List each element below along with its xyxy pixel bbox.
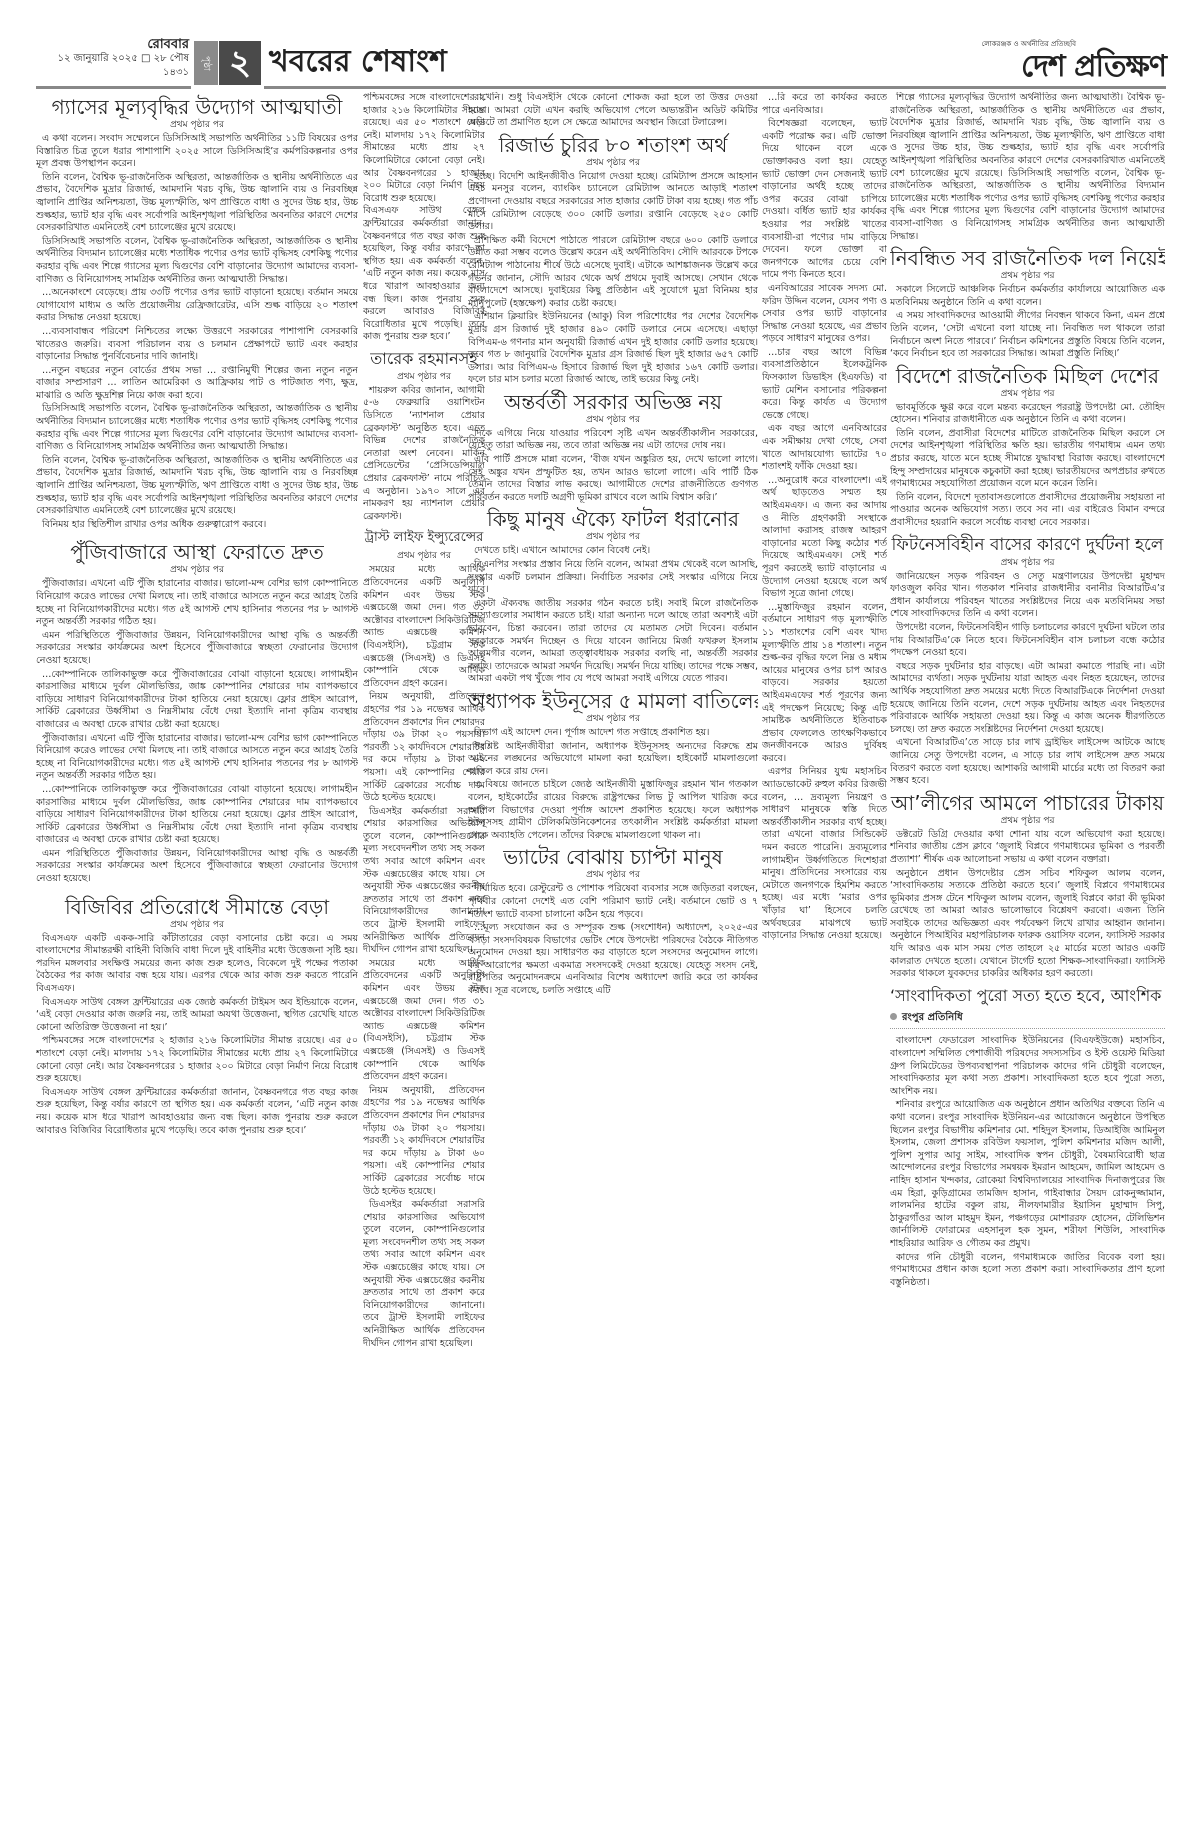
paragraph: তিনি বলেন, বিদেশে দূতাবাসগুলোতে প্রবাসীদ… <box>890 492 1165 530</box>
article-political-rally-abroad: বিদেশে রাজনৈতিক মিছিল দেশের প্রথম পৃষ্ঠা… <box>890 363 1165 530</box>
paragraph: বিএসএফ সাউথ বেঙ্গল ফ্রন্টিয়ারের এক জ্যে… <box>36 997 358 1035</box>
headline: রিজার্ভ চুরির ৮০ শতাংশ অর্থ <box>468 132 758 158</box>
issue-date-block: রোববার ১২ জানুয়ারি ২০২৫ □ ২৮ পৌষ ১৪৩১ <box>36 38 189 80</box>
section-title: খবরের শেষাংশ <box>269 42 447 82</box>
dotted-divider <box>890 1028 1165 1029</box>
byline: রংপুর প্রতিনিধি <box>890 1012 1165 1025</box>
article-interim-govt: অন্তর্বর্তী সরকার অভিজ্ঞ নয় প্রথম পৃষ্ঠ… <box>468 389 758 505</box>
paragraph: দিকে এগিয়ে নিয়ে যাওয়ার পরিবেশ সৃষ্টি … <box>468 428 758 453</box>
masthead-rule-right <box>264 86 1166 89</box>
paragraph: …অনেকাংশে বেড়েছে। প্রায় ৩৩টি পণ্যের ওপ… <box>36 287 358 325</box>
paragraph: সময়ের মধ্যে আর্থিক প্রতিবেদনের একটি অনু… <box>363 958 485 1084</box>
continued-label: প্রথম পৃষ্ঠার পর <box>468 158 758 169</box>
continued-label: প্রথম পৃষ্ঠার পর <box>363 551 485 562</box>
paragraph: …অনুরোধ করে বাংলাদেশ। এই অর্থ ছাড়তেও সম… <box>762 475 887 601</box>
continued-label: প্রথম পৃষ্ঠার পর <box>468 532 758 543</box>
paragraph: এক বছর আগে এনবিআরের এক সমীক্ষায় দেখা গে… <box>762 423 887 473</box>
page-number: ২ <box>219 41 261 85</box>
paragraph: …মূল্য সংযোজন কর ও সম্পূরক শুল্ক (সংশোধন… <box>468 922 758 998</box>
masthead: রোববার ১২ জানুয়ারি ২০২৫ □ ২৮ পৌষ ১৪৩১ প… <box>36 38 1166 90</box>
headline: ফিটনেসবিহীন বাসের কারণে দুর্ঘটনা হলে <box>890 532 1165 558</box>
article-reserve-theft: রাখেনি। শুধু বিএসইসি থেকে কোনো শোকজ করা … <box>468 92 758 387</box>
byline-text: রংপুর প্রতিনিধি <box>902 1012 963 1023</box>
headline: তারেক রহমানসহ <box>363 346 485 372</box>
article-yunus-cases: অধ্যাপক ইউনূসের ৫ মামলা বাতিলের প্রথম পৃ… <box>468 688 758 842</box>
paragraph: তিনি বলেন, বৈশ্বিক ভূ-রাজনৈতিক অস্থিরতা,… <box>36 455 358 518</box>
headline: অধ্যাপক ইউনূসের ৫ মামলা বাতিলের <box>468 688 758 714</box>
continued-label: প্রথম পৃষ্ঠার পর <box>36 920 358 931</box>
paragraph: …রি করে তা কার্যকর করতে পারে এনবিআর। <box>762 92 887 117</box>
paragraph: ডিএসইর কর্মকর্তারা সরাসরি শেয়ার কারসাজি… <box>363 1199 485 1350</box>
paragraph: বিশেষজ্ঞরা বলেছেন, ভ্যাট একটি পরোক্ষ কর।… <box>762 118 887 282</box>
logo-name: দেশ প্রতিক্ষণ <box>1021 49 1166 84</box>
paragraph: সময়ের মধ্যে আর্থিক প্রতিবেদনের একটি অনু… <box>363 564 485 690</box>
continued-label: প্রথম পৃষ্ঠার পর <box>36 120 358 131</box>
paragraph: শায়রুল কবির জানান, আগামী ৫-৬ ফেব্রুয়ার… <box>363 385 485 524</box>
continued-label: প্রথম পৃষ্ঠার পর <box>468 870 758 881</box>
continued-label: প্রথম পৃষ্ঠার পর <box>890 816 1165 827</box>
paragraph: ডিএসইর কর্মকর্তারা সরাসরি শেয়ার কারসাজি… <box>363 806 485 957</box>
paragraph: এবি পার্টি প্রসঙ্গে মান্না বলেন, ‘বীজ যখ… <box>468 454 758 504</box>
article-unity-crack: কিছু মানুষ ঐক্যে ফাটল ধরানোর প্রথম পৃষ্ঠ… <box>468 506 758 686</box>
paragraph: ভাবমূর্তিকে ক্ষুণ্ণ করে বলে মন্তব্য করেছ… <box>890 402 1165 427</box>
continued-label: প্রথম পৃষ্ঠার পর <box>36 565 358 576</box>
headline: ভ্যাটের বোঝায় চ্যাপ্টা মানুষ <box>468 844 758 870</box>
paragraph: এরপর সিনিয়র যুগ্ম মহাসচিব অ্যাডভোকেট রু… <box>762 766 887 942</box>
paragraph: ডিসিসিআই সভাপতি বলেন, বৈশ্বিক ভূ-রাজনৈতি… <box>36 403 358 453</box>
paragraph: বিএসএফ একটি একক-সারি কাঁটাতারের বেড়া বস… <box>36 933 358 996</box>
paragraph: দেখতে চাই। এখানে আমাদের কোন বিবেধ নেই। <box>468 545 758 558</box>
paragraph: হচ্ছে। বিদেশি আইনজীবীও নিয়োগ দেওয়া হচ্… <box>468 171 758 234</box>
continued-label: প্রথম পৃষ্ঠার পর <box>363 372 485 383</box>
paragraph: শিল্পে গ্যাসের মূল্যবৃদ্ধির উদ্যোগ অর্থন… <box>890 92 1165 243</box>
paragraph: নিয়ম অনুযায়ী, প্রতিবেদন গ্রহণের পর ১৯ … <box>363 691 485 804</box>
paragraph: তিনি বলেন, বৈশ্বিক ভূ-রাজনৈতিক অস্থিরতা,… <box>36 172 358 235</box>
article-unfit-bus: ফিটনেসবিহীন বাসের কারণে দুর্ঘটনা হলে প্র… <box>890 532 1165 788</box>
paragraph: সকালে সিলেটে আঞ্চলিক নির্বাচন কর্মকর্তার… <box>890 284 1165 309</box>
paragraph: ডিসিসিআই সভাপতি বলেন, বৈশ্বিক ভূ-রাজনৈতি… <box>36 236 358 286</box>
headline: কিছু মানুষ ঐক্যে ফাটল ধরানোর <box>468 506 758 532</box>
column-5: শিল্পে গ্যাসের মূল্যবৃদ্ধির উদ্যোগ অর্থন… <box>890 92 1165 1832</box>
headline: আ’লীগের আমলে পাচারের টাকায় <box>890 790 1165 816</box>
paragraph: প্রশিক্ষিত কর্মী বিদেশে পাঠাতে পারলে রেম… <box>468 235 758 311</box>
article-trust-life: ট্রাস্ট লাইফ ইন্স্যুরেন্সের প্রথম পৃষ্ঠা… <box>363 525 485 1350</box>
headline: পুঁজিবাজারে আস্থা ফেরাতে দ্রুত <box>36 539 358 565</box>
paragraph: পশ্চিমবঙ্গের সঙ্গে বাংলাদেশের ২ হাজার ২১… <box>363 92 485 205</box>
paragraph: এখনো বিআরটিএ’তে সাড়ে চার লাখ ড্রাইভিং ল… <box>890 737 1165 787</box>
paragraph: …কোম্পানিকে তালিকাভুক্ত করে পুঁজিবাজারের… <box>36 669 358 732</box>
paragraph: এমন পরিস্থিতিতে পুঁজিবাজার উন্নয়ন, বিনি… <box>36 630 358 668</box>
paragraph: এ বিষয়ে জানতে চাইলে জ্যেষ্ঠ আইনজীবী মুস… <box>468 779 758 842</box>
article-vat-continued: …রি করে তা কার্যকর করতে পারে এনবিআর। বিশ… <box>762 92 887 943</box>
article-journalism-truth: ‘সাংবাদিকতা পুরো সত্য হতে হবে, আংশিক নয়… <box>890 983 1165 1289</box>
paragraph: …মুস্তাফিজুর রহমান বলেন, বর্তমানে সাধারণ… <box>762 602 887 766</box>
bullet-icon <box>890 1013 897 1020</box>
headline: বিদেশে রাজনৈতিক মিছিল দেশের <box>890 363 1165 389</box>
continued-label: প্রথম পৃষ্ঠার পর <box>890 389 1165 400</box>
headline: ট্রাস্ট লাইফ ইন্স্যুরেন্সের <box>363 525 485 551</box>
continued-label: প্রথম পৃষ্ঠার পর <box>890 558 1165 569</box>
paragraph: দীর্ঘায়িত হবে। রেস্টুরেন্ট ও পোশাক পরিষ… <box>468 883 758 921</box>
continued-label: প্রথম পৃষ্ঠার পর <box>468 714 758 725</box>
paragraph: এ কথা বলেন। সংবাদ সম্মেলনে ডিসিসিআই সভাপ… <box>36 133 358 171</box>
article-bgb-fence: বিজিবির প্রতিরোধে সীমান্তে বেড়া প্রথম প… <box>36 894 358 1138</box>
paragraph: বিভাগ এই আদেশ দেন। পূর্ণাঙ্গ আদেশ গত সপ্… <box>468 727 758 740</box>
page-label: পৃষ্ঠা <box>194 41 218 85</box>
paragraph: এনবিআরের সাবেক সদস্য মো. ফরিদ উদ্দিন বলে… <box>762 283 887 346</box>
paragraph: তিনি বলেন, প্রবাসীরা বিদেশের মাটিতে রাজন… <box>890 428 1165 491</box>
paragraph: সংশ্লিষ্ট আইনজীবীরা জানান, অধ্যাপক ইউনূস… <box>468 741 758 779</box>
article-registered-parties: নিবন্ধিত সব রাজনৈতিক দল নিয়েই প্রথম পৃষ… <box>890 245 1165 361</box>
paragraph: নিয়ম অনুযায়ী, প্রতিবেদন গ্রহণের পর ১৯ … <box>363 1085 485 1198</box>
continued-label: প্রথম পৃষ্ঠার পর <box>890 271 1165 282</box>
headline: বিজিবির প্রতিরোধে সীমান্তে বেড়া <box>36 894 358 920</box>
article-vat-burden: ভ্যাটের বোঝায় চ্যাপ্টা মানুষ প্রথম পৃষ্… <box>468 844 758 997</box>
paragraph: পশ্চিমবঙ্গের সঙ্গে বাংলাদেশের ২ হাজার ২১… <box>36 1035 358 1085</box>
paragraph: বিএসএফ সাউথ বেঙ্গল ফ্রন্টিয়ারের কর্মকর্… <box>36 1087 358 1137</box>
paragraph: এ সময় সাংবাদিকদের আওয়ামী লীগের নিবন্ধন… <box>890 310 1165 360</box>
paragraph: উপদেষ্টা বলেন, ফিটনেসবিহীন গাড়ি চলাচলের… <box>890 622 1165 660</box>
article-gas-summary: শিল্পে গ্যাসের মূল্যবৃদ্ধির উদ্যোগ অর্থন… <box>890 92 1165 243</box>
headline: নিবন্ধিত সব রাজনৈতিক দল নিয়েই <box>890 245 1165 271</box>
paragraph: এমন পরিস্থিতিতে পুঁজিবাজার উন্নয়ন, বিনি… <box>36 848 358 886</box>
headline: অন্তর্বর্তী সরকার অভিজ্ঞ নয় <box>468 389 758 415</box>
paragraph: …ব্যবসাবান্ধব পরিবেশ নিশ্চিতের লক্ষ্যে উ… <box>36 326 358 364</box>
masthead-rule-left <box>36 86 191 89</box>
paragraph: জানিয়েছেন সড়ক পরিবহন ও সেতু মন্ত্রণালয… <box>890 571 1165 621</box>
paragraph: পুঁজিবাজার। এখনো এটি পুঁজি হারানোর বাজার… <box>36 578 358 628</box>
column-3: রাখেনি। শুধু বিএসইসি থেকে কোনো শোকজ করা … <box>468 92 758 1832</box>
paragraph: রাখেনি। শুধু বিএসইসি থেকে কোনো শোকজ করা … <box>468 92 758 130</box>
paragraph: এশিয়ান ক্লিয়ারিং ইউনিয়নের (আকু) বিল প… <box>468 311 758 387</box>
newspaper-logo: লোকরঞ্জক ও অর্থনীতির প্রতিচ্ছবি দেশ প্রত… <box>982 38 1166 84</box>
article-stock-market: পুঁজিবাজারে আস্থা ফেরাতে দ্রুত প্রথম পৃষ… <box>36 539 358 885</box>
column-4: …রি করে তা কার্যকর করতে পারে এনবিআর। বিশ… <box>762 92 887 1832</box>
column-1: গ্যাসের মূল্যবৃদ্ধির উদ্যোগ আত্মঘাতী প্র… <box>36 92 358 1832</box>
headline: গ্যাসের মূল্যবৃদ্ধির উদ্যোগ আত্মঘাতী <box>36 94 358 120</box>
article-tarique-rahman: তারেক রহমানসহ প্রথম পৃষ্ঠার পর শায়রুল ক… <box>363 346 485 524</box>
paragraph: বিনিময় হার স্থিতিশীল রাখার ওপর অধিক গুর… <box>36 519 358 532</box>
paragraph: …নতুন বছরের নতুন বোর্ডের প্রথম সভা … রপ্… <box>36 365 358 403</box>
issue-day: রোববার <box>36 38 189 52</box>
paragraph: অনুষ্ঠানে প্রধান উপদেষ্টার প্রেস সচিব শফ… <box>890 868 1165 981</box>
issue-date: ১২ জানুয়ারি ২০২৫ □ ২৮ পৌষ ১৪৩১ <box>57 53 189 78</box>
paragraph: ডক্টরেট ডিগ্রি দেওয়ার কথা শোনা যায় বলে… <box>890 829 1165 867</box>
paragraph: পুঁজিবাজার। এখনো এটি পুঁজি হারানোর বাজার… <box>36 733 358 783</box>
paragraph: কাদের গনি চৌধুরী বলেন, গণমাধ্যমকে জাতির … <box>890 1252 1165 1290</box>
paragraph: …কোম্পানিকে তালিকাভুক্ত করে পুঁজিবাজারের… <box>36 784 358 847</box>
article-awami-money: আ’লীগের আমলে পাচারের টাকায় প্রথম পৃষ্ঠা… <box>890 790 1165 981</box>
paragraph: একটা ঐক্যবদ্ধ জাতীয় সরকার গঠন করতে চাই।… <box>468 598 758 686</box>
paragraph: বিএসএফ সাউথ বেঙ্গল ফ্রন্টিয়ারের কর্মকর্… <box>363 205 485 344</box>
paragraph: বছরে সড়ক দুর্ঘটনার হার বাড়ছে। এটা আমরা… <box>890 661 1165 737</box>
headline: ‘সাংবাদিকতা পুরো সত্য হতে হবে, আংশিক নয়… <box>890 983 1165 1009</box>
paragraph: বিএনপির সংস্কার প্রস্তাব নিয়ে তিনি বলেন… <box>468 559 758 597</box>
column-2: পশ্চিমবঙ্গের সঙ্গে বাংলাদেশের ২ হাজার ২১… <box>363 92 485 1832</box>
paragraph: …চার বছর আগে বিভিন্ন ব্যবসাপ্রতিষ্ঠানে ই… <box>762 347 887 423</box>
article-gas-price: গ্যাসের মূল্যবৃদ্ধির উদ্যোগ আত্মঘাতী প্র… <box>36 94 358 531</box>
paragraph: বাংলাদেশ ফেডারেল সাংবাদিক ইউনিয়নের (বিএ… <box>890 1035 1165 1098</box>
continued-label: প্রথম পৃষ্ঠার পর <box>468 415 758 426</box>
paragraph: শনিবার রংপুরে আয়োজিত এক অনুষ্ঠানে প্রধা… <box>890 1099 1165 1250</box>
